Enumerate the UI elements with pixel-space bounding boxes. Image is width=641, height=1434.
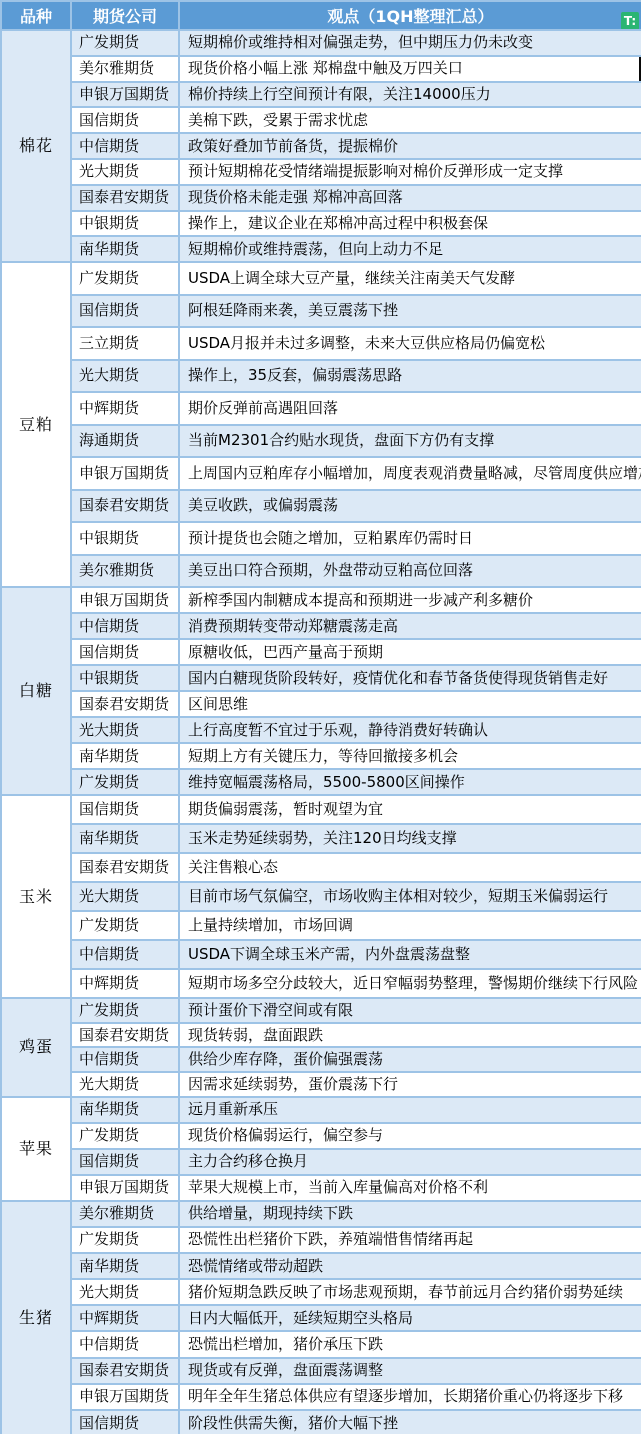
company-cell: 光大期货 [71,360,179,393]
view-cell: 操作上，建议企业在郑棉冲高过程中积极套保 [179,211,641,237]
table-row: 美尔雅期货美豆出口符合预期，外盘带动豆粕高位回落 [1,555,641,588]
view-cell: 现货价格未能走强 郑棉冲高回落 [179,185,641,211]
company-cell: 美尔雅期货 [71,555,179,588]
view-cell: USDA月报并未过多调整，未来大豆供应格局仍偏宽松 [179,327,641,360]
company-cell: 国信期货 [71,107,179,133]
company-cell: 中辉期货 [71,392,179,425]
table-row: 鸡蛋广发期货预计蛋价下滑空间或有限 [1,998,641,1023]
view-cell: USDA下调全球玉米产需，内外盘震荡盘整 [179,940,641,969]
table-row: 国泰君安期货美豆收跌，或偏弱震荡 [1,490,641,523]
table-row: 国信期货主力合约移仓换月 [1,1149,641,1175]
table-row: 广发期货恐慌性出栏猪价下跌，养殖端惜售情绪再起 [1,1227,641,1253]
opinion-table: 品种 期货公司 观点（1QH整理汇总） T: 棉花广发期货短期棉价或维持相对偏强… [0,0,641,1434]
header-variety: 品种 [1,1,71,30]
view-cell: 玉米走势延续弱势，关注120日均线支撑 [179,824,641,853]
futures-opinion-summary: 品种 期货公司 观点（1QH整理汇总） T: 棉花广发期货短期棉价或维持相对偏强… [0,0,641,1434]
table-row: 中银期货国内白糖现货阶段转好，疫情优化和春节备货使得现货销售走好 [1,665,641,691]
table-row: 国信期货美棉下跌，受累于需求忧虑 [1,107,641,133]
table-row: 棉花广发期货短期棉价或维持相对偏强走势，但中期压力仍未改变 [1,30,641,56]
company-cell: 三立期货 [71,327,179,360]
company-cell: 光大期货 [71,882,179,911]
header-row: 品种 期货公司 观点（1QH整理汇总） T: [1,1,641,30]
company-cell: 申银万国期货 [71,1175,179,1201]
table-row: 光大期货上行高度暂不宜过于乐观，静待消费好转确认 [1,717,641,743]
view-cell: 国内白糖现货阶段转好，疫情优化和春节备货使得现货销售走好 [179,665,641,691]
variety-cell-corn: 玉米 [1,795,71,998]
company-cell: 广发期货 [71,998,179,1023]
table-row: 广发期货上量持续增加，市场回调 [1,911,641,940]
view-cell: 供给少库存降，蛋价偏强震荡 [179,1047,641,1072]
table-row: 三立期货USDA月报并未过多调整，未来大豆供应格局仍偏宽松 [1,327,641,360]
view-cell: 上行高度暂不宜过于乐观，静待消费好转确认 [179,717,641,743]
view-cell: 短期上方有关键压力，等待回撤接多机会 [179,743,641,769]
table-row: 南华期货玉米走势延续弱势，关注120日均线支撑 [1,824,641,853]
view-cell: 短期棉价或维持震荡，但向上动力不足 [179,236,641,262]
view-cell: 上量持续增加，市场回调 [179,911,641,940]
table-row: 国信期货阶段性供需失衡，猪价大幅下挫 [1,1410,641,1434]
view-cell: 现货价格偏弱运行，偏空参与 [179,1123,641,1149]
company-cell: 国信期货 [71,795,179,824]
table-row: 南华期货恐慌情绪或带动超跌 [1,1253,641,1279]
company-cell: 国泰君安期货 [71,1358,179,1384]
view-cell: 短期市场多空分歧较大，近日窄幅弱势整理，警惕期价继续下行风险 [179,969,641,998]
company-cell: 国泰君安期货 [71,691,179,717]
company-cell: 光大期货 [71,1072,179,1097]
company-cell: 光大期货 [71,159,179,185]
company-cell: 光大期货 [71,1279,179,1305]
view-cell: 维持宽幅震荡格局，5500-5800区间操作 [179,769,641,795]
view-cell: 预计短期棉花受情绪端提振影响对棉价反弹形成一定支撑 [179,159,641,185]
company-cell: 中银期货 [71,522,179,555]
table-row: 生猪美尔雅期货供给增量，期现持续下跌 [1,1201,641,1227]
company-cell: 中信期货 [71,133,179,159]
header-view: 观点（1QH整理汇总） T: [179,1,641,30]
table-row: 豆粕广发期货USDA上调全球大豆产量，继续关注南美天气发酵 [1,262,641,295]
table-row: 中辉期货期价反弹前高遇阻回落 [1,392,641,425]
table-row: 国泰君安期货现货转弱，盘面跟跌 [1,1023,641,1048]
view-cell: 棉价持续上行空间预计有限，关注14000压力 [179,82,641,108]
company-cell: 广发期货 [71,262,179,295]
table-row: 国泰君安期货现货价格未能走强 郑棉冲高回落 [1,185,641,211]
view-cell: 猪价短期急跌反映了市场悲观预期，春节前远月合约猪价弱势延续 [179,1279,641,1305]
company-cell: 海通期货 [71,425,179,458]
company-cell: 南华期货 [71,743,179,769]
variety-cell-hog: 生猪 [1,1201,71,1434]
table-row: 光大期货操作上，35反套，偏弱震荡思路 [1,360,641,393]
company-cell: 中信期货 [71,1047,179,1072]
table-row: 中辉期货日内大幅低开，延续短期空头格局 [1,1305,641,1331]
variety-cell-soybean-meal: 豆粕 [1,262,71,587]
table-row: 国信期货阿根廷降雨来袭，美豆震荡下挫 [1,295,641,328]
company-cell: 广发期货 [71,1123,179,1149]
table-body: 棉花广发期货短期棉价或维持相对偏强走势，但中期压力仍未改变美尔雅期货现货价格小幅… [1,30,641,1434]
company-cell: 国泰君安期货 [71,185,179,211]
t-watermark-icon: T: [621,12,639,30]
view-cell: 操作上，35反套，偏弱震荡思路 [179,360,641,393]
company-cell: 申银万国期货 [71,82,179,108]
view-cell: 供给增量，期现持续下跌 [179,1201,641,1227]
table-row: 南华期货短期上方有关键压力，等待回撤接多机会 [1,743,641,769]
view-cell: 主力合约移仓换月 [179,1149,641,1175]
view-cell: 短期棉价或维持相对偏强走势，但中期压力仍未改变 [179,30,641,56]
view-cell: 期价反弹前高遇阻回落 [179,392,641,425]
view-cell: 明年全年生猪总体供应有望逐步增加，长期猪价重心仍将逐步下移 [179,1384,641,1410]
view-cell: 关注售粮心态 [179,853,641,882]
table-row: 中银期货操作上，建议企业在郑棉冲高过程中积极套保 [1,211,641,237]
view-cell: USDA上调全球大豆产量，继续关注南美天气发酵 [179,262,641,295]
variety-cell-sugar: 白糖 [1,587,71,795]
company-cell: 中银期货 [71,665,179,691]
table-row: 申银万国期货上周国内豆粕库存小幅增加，周度表观消费量略减，尽管周度供应增加 [1,457,641,490]
table-row: 海通期货当前M2301合约贴水现货，盘面下方仍有支撑 [1,425,641,458]
header-company: 期货公司 [71,1,179,30]
company-cell: 中信期货 [71,940,179,969]
view-cell: 苹果大规模上市，当前入库量偏高对价格不利 [179,1175,641,1201]
company-cell: 国信期货 [71,1149,179,1175]
table-row: 玉米国信期货期货偏弱震荡，暂时观望为宜 [1,795,641,824]
view-cell: 期货偏弱震荡，暂时观望为宜 [179,795,641,824]
table-row: 国泰君安期货关注售粮心态 [1,853,641,882]
table-row: 中信期货消费预期转变带动郑糖震荡走高 [1,613,641,639]
view-cell: 美豆收跌，或偏弱震荡 [179,490,641,523]
table-row: 中信期货供给少库存降，蛋价偏强震荡 [1,1047,641,1072]
company-cell: 广发期货 [71,769,179,795]
company-cell: 光大期货 [71,717,179,743]
table-row: 白糖申银万国期货新榨季国内制糖成本提高和预期进一步减产利多糖价 [1,587,641,613]
company-cell: 中信期货 [71,1331,179,1357]
view-cell: 目前市场气氛偏空，市场收购主体相对较少，短期玉米偏弱运行 [179,882,641,911]
view-cell: 上周国内豆粕库存小幅增加，周度表观消费量略减，尽管周度供应增加 [179,457,641,490]
view-cell: 美豆出口符合预期，外盘带动豆粕高位回落 [179,555,641,588]
company-cell: 中银期货 [71,211,179,237]
view-cell: 远月重新承压 [179,1097,641,1123]
company-cell: 申银万国期货 [71,457,179,490]
company-cell: 中信期货 [71,613,179,639]
table-row: 中信期货政策好叠加节前备货，提振棉价 [1,133,641,159]
company-cell: 国泰君安期货 [71,490,179,523]
table-row: 中银期货预计提货也会随之增加，豆粕累库仍需时日 [1,522,641,555]
company-cell: 国信期货 [71,295,179,328]
company-cell: 南华期货 [71,1253,179,1279]
view-cell: 政策好叠加节前备货，提振棉价 [179,133,641,159]
company-cell: 申银万国期货 [71,587,179,613]
view-cell: 日内大幅低开，延续短期空头格局 [179,1305,641,1331]
table-row: 中信期货USDA下调全球玉米产需，内外盘震荡盘整 [1,940,641,969]
company-cell: 中辉期货 [71,969,179,998]
company-cell: 南华期货 [71,1097,179,1123]
view-cell: 现货价格小幅上涨 郑棉盘中触及万四关口 [179,56,641,82]
company-cell: 广发期货 [71,1227,179,1253]
table-row: 广发期货现货价格偏弱运行，偏空参与 [1,1123,641,1149]
view-cell: 区间思维 [179,691,641,717]
company-cell: 南华期货 [71,236,179,262]
table-row: 国信期货原糖收低，巴西产量高于预期 [1,639,641,665]
view-cell: 恐慌出栏增加，猪价承压下跌 [179,1331,641,1357]
company-cell: 国泰君安期货 [71,1023,179,1048]
table-row: 申银万国期货明年全年生猪总体供应有望逐步增加，长期猪价重心仍将逐步下移 [1,1384,641,1410]
table-row: 国泰君安期货区间思维 [1,691,641,717]
view-cell: 当前M2301合约贴水现货，盘面下方仍有支撑 [179,425,641,458]
variety-cell-egg: 鸡蛋 [1,998,71,1096]
view-cell: 阿根廷降雨来袭，美豆震荡下挫 [179,295,641,328]
view-cell: 预计提货也会随之增加，豆粕累库仍需时日 [179,522,641,555]
table-row: 苹果南华期货远月重新承压 [1,1097,641,1123]
view-cell: 新榨季国内制糖成本提高和预期进一步减产利多糖价 [179,587,641,613]
table-row: 国泰君安期货现货或有反弹，盘面震荡调整 [1,1358,641,1384]
variety-cell-cotton: 棉花 [1,30,71,262]
table-row: 光大期货目前市场气氛偏空，市场收购主体相对较少，短期玉米偏弱运行 [1,882,641,911]
company-cell: 广发期货 [71,911,179,940]
view-cell: 美棉下跌，受累于需求忧虑 [179,107,641,133]
table-row: 光大期货因需求延续弱势，蛋价震荡下行 [1,1072,641,1097]
company-cell: 申银万国期货 [71,1384,179,1410]
view-cell: 消费预期转变带动郑糖震荡走高 [179,613,641,639]
company-cell: 国信期货 [71,639,179,665]
view-cell: 阶段性供需失衡，猪价大幅下挫 [179,1410,641,1434]
view-cell: 原糖收低，巴西产量高于预期 [179,639,641,665]
company-cell: 南华期货 [71,824,179,853]
company-cell: 美尔雅期货 [71,1201,179,1227]
company-cell: 国信期货 [71,1410,179,1434]
table-row: 申银万国期货棉价持续上行空间预计有限，关注14000压力 [1,82,641,108]
company-cell: 美尔雅期货 [71,56,179,82]
company-cell: 国泰君安期货 [71,853,179,882]
table-row: 广发期货维持宽幅震荡格局，5500-5800区间操作 [1,769,641,795]
table-row: 申银万国期货苹果大规模上市，当前入库量偏高对价格不利 [1,1175,641,1201]
company-cell: 中辉期货 [71,1305,179,1331]
view-cell: 恐慌情绪或带动超跌 [179,1253,641,1279]
variety-cell-apple: 苹果 [1,1097,71,1201]
view-cell: 恐慌性出栏猪价下跌，养殖端惜售情绪再起 [179,1227,641,1253]
view-cell: 预计蛋价下滑空间或有限 [179,998,641,1023]
table-row: 南华期货短期棉价或维持震荡，但向上动力不足 [1,236,641,262]
table-header: 品种 期货公司 观点（1QH整理汇总） T: [1,1,641,30]
view-cell: 因需求延续弱势，蛋价震荡下行 [179,1072,641,1097]
company-cell: 广发期货 [71,30,179,56]
view-cell: 现货转弱，盘面跟跌 [179,1023,641,1048]
header-view-label: 观点（1QH整理汇总） [327,7,493,26]
table-row: 中辉期货短期市场多空分歧较大，近日窄幅弱势整理，警惕期价继续下行风险 [1,969,641,998]
table-row: 中信期货恐慌出栏增加，猪价承压下跌 [1,1331,641,1357]
table-row: 光大期货预计短期棉花受情绪端提振影响对棉价反弹形成一定支撑 [1,159,641,185]
view-cell: 现货或有反弹，盘面震荡调整 [179,1358,641,1384]
table-row: 美尔雅期货现货价格小幅上涨 郑棉盘中触及万四关口 [1,56,641,82]
table-row: 光大期货猪价短期急跌反映了市场悲观预期，春节前远月合约猪价弱势延续 [1,1279,641,1305]
